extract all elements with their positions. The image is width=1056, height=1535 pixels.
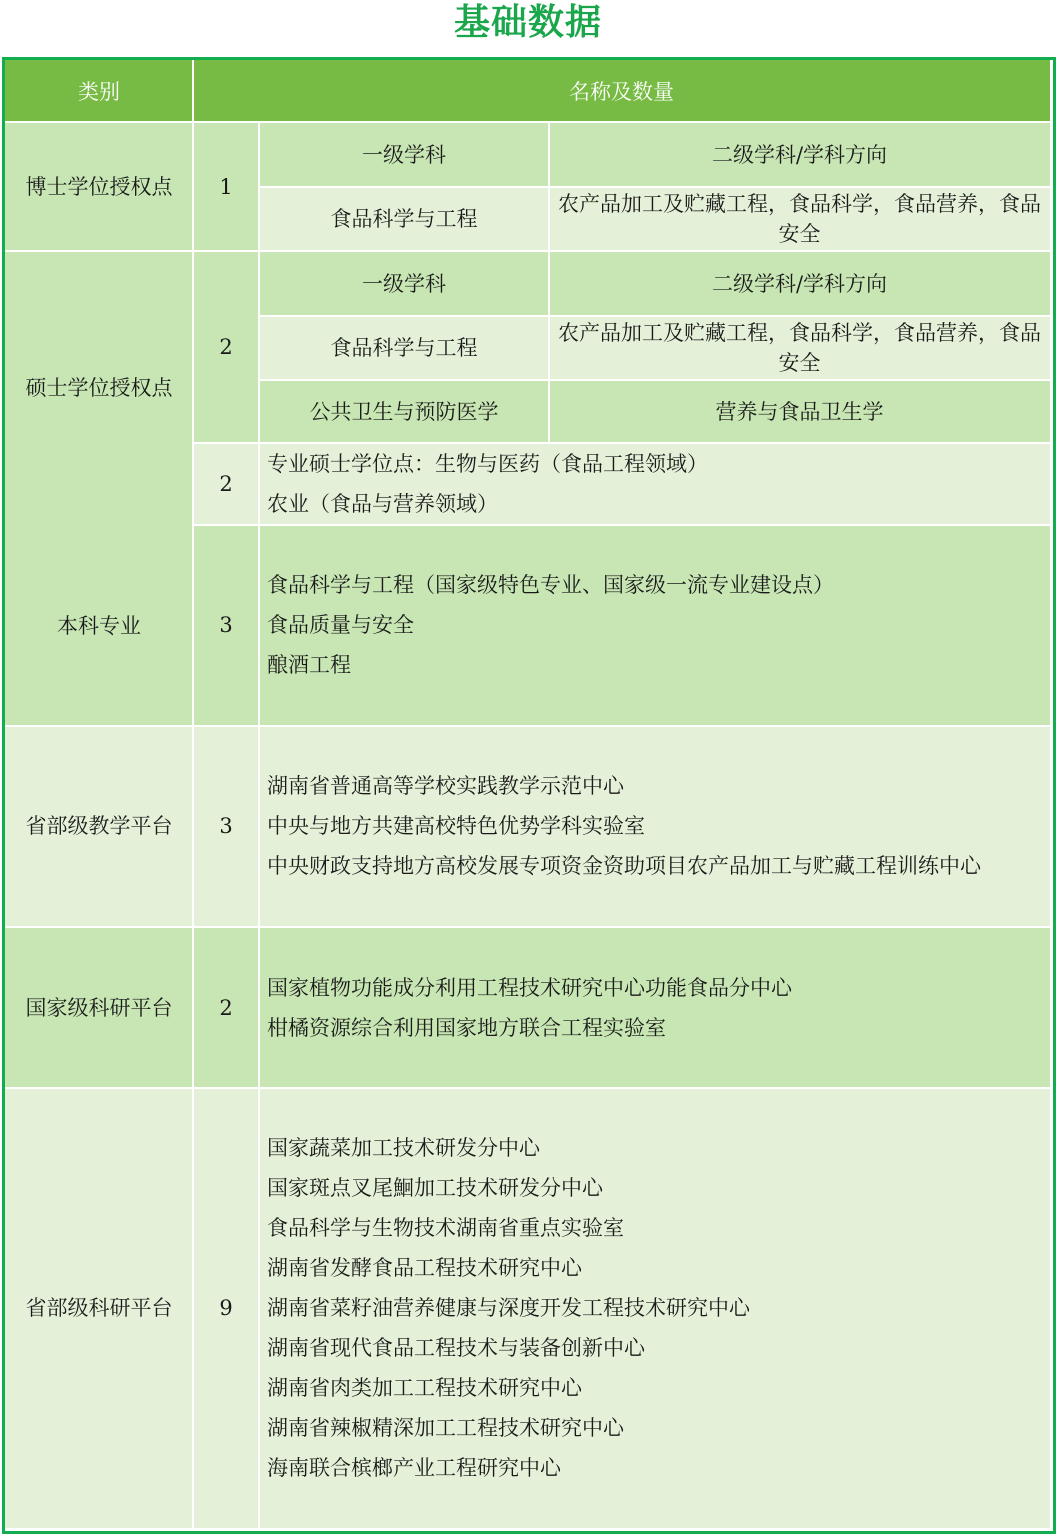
category-provincial-research: 省部级科研平台 xyxy=(5,1088,193,1528)
category-undergrad: 本科专业 xyxy=(5,611,193,641)
column-divider xyxy=(548,122,550,443)
provincial-research-list: 国家蔬菜加工技术研发分中心 国家斑点叉尾鮰加工技术研发分中心 食品科学与生物技术… xyxy=(259,1088,1050,1528)
count-doctoral: 1 xyxy=(193,122,259,251)
teaching-platform-list: 湖南省普通高等学校实践教学示范中心 中央与地方共建高校特色优势学科实验室 中央财… xyxy=(259,725,1050,927)
masters-col1-header: 一级学科 xyxy=(259,251,549,316)
list-item: 湖南省菜籽油营养健康与深度开发工程技术研究中心 xyxy=(267,1288,750,1328)
row-divider xyxy=(193,442,1050,444)
doctoral-col1-header: 一级学科 xyxy=(259,122,549,187)
list-item: 中央与地方共建高校特色优势学科实验室 xyxy=(267,806,645,846)
column-divider xyxy=(258,122,260,1528)
list-item: 湖南省肉类加工工程技术研究中心 xyxy=(267,1368,582,1408)
row-divider xyxy=(5,121,1050,123)
category-label: 国家级科研平台 xyxy=(26,993,173,1023)
page-title: 基础数据 xyxy=(0,0,1056,50)
category-label: 硕士学位授权点 xyxy=(26,373,173,403)
list-item: 农业（食品与营养领域） xyxy=(267,484,498,524)
list-item: 食品科学与生物技术湖南省重点实验室 xyxy=(267,1208,624,1248)
header-category: 类别 xyxy=(5,60,193,122)
list-item: 中央财政支持地方高校发展专项资金资助项目农产品加工与贮藏工程训练中心 xyxy=(267,846,981,886)
category-label: 省部级教学平台 xyxy=(26,811,173,841)
professional-masters-list: 专业硕士学位点：生物与医药（食品工程领域） 农业（食品与营养领域） xyxy=(259,443,1050,525)
list-item: 专业硕士学位点：生物与医药（食品工程领域） xyxy=(267,444,708,484)
row-divider xyxy=(5,1087,1050,1089)
row-divider xyxy=(259,315,1050,317)
doctoral-second-level: 农产品加工及贮藏工程，食品科学，食品营养，食品安全 xyxy=(549,187,1050,251)
list-item: 湖南省现代食品工程技术与装备创新中心 xyxy=(267,1328,645,1368)
category-label: 本科专业 xyxy=(57,611,141,641)
count-national-research: 2 xyxy=(193,927,259,1088)
row-divider xyxy=(259,379,1050,381)
list-item: 湖南省普通高等学校实践教学示范中心 xyxy=(267,766,624,806)
list-item: 食品质量与安全 xyxy=(267,605,414,645)
count-provincial-research: 9 xyxy=(193,1088,259,1528)
category-label: 省部级科研平台 xyxy=(26,1293,173,1323)
list-item: 食品科学与工程（国家级特色专业、国家级一流专业建设点） xyxy=(267,565,834,605)
row-divider xyxy=(5,250,1050,252)
masters-first-level: 公共卫生与预防医学 xyxy=(259,380,549,443)
masters-second-level: 农产品加工及贮藏工程，食品科学，食品营养，食品安全 xyxy=(549,316,1050,380)
column-divider xyxy=(192,60,194,1528)
category-label: 博士学位授权点 xyxy=(26,172,173,202)
list-item: 海南联合槟榔产业工程研究中心 xyxy=(267,1448,561,1488)
doctoral-col2-header: 二级学科/学科方向 xyxy=(549,122,1050,187)
category-masters: 硕士学位授权点 xyxy=(5,373,193,403)
category-teaching-platform: 省部级教学平台 xyxy=(5,725,193,927)
doctoral-first-level: 食品科学与工程 xyxy=(259,187,549,251)
list-item: 柑橘资源综合利用国家地方联合工程实验室 xyxy=(267,1008,666,1048)
row-divider xyxy=(5,926,1050,928)
row-divider xyxy=(5,725,1050,727)
count-undergrad: 3 xyxy=(193,525,259,725)
count-professional-masters: 2 xyxy=(193,443,259,525)
masters-second-level: 营养与食品卫生学 xyxy=(549,380,1050,443)
list-item: 湖南省辣椒精深加工工程技术研究中心 xyxy=(267,1408,624,1448)
category-doctoral: 博士学位授权点 xyxy=(5,122,193,251)
list-item: 酿酒工程 xyxy=(267,645,351,685)
count-teaching-platform: 3 xyxy=(193,725,259,927)
count-masters: 2 xyxy=(193,251,259,443)
category-masters-undergrad-block xyxy=(5,251,193,725)
list-item: 湖南省发酵食品工程技术研究中心 xyxy=(267,1248,582,1288)
masters-col2-header: 二级学科/学科方向 xyxy=(549,251,1050,316)
masters-first-level: 食品科学与工程 xyxy=(259,316,549,380)
list-item: 国家蔬菜加工技术研发分中心 xyxy=(267,1128,540,1168)
national-research-list: 国家植物功能成分利用工程技术研究中心功能食品分中心 柑橘资源综合利用国家地方联合… xyxy=(259,927,1050,1088)
category-national-research: 国家级科研平台 xyxy=(5,927,193,1088)
list-item: 国家斑点叉尾鮰加工技术研发分中心 xyxy=(267,1168,603,1208)
row-divider xyxy=(193,524,1050,526)
row-divider xyxy=(259,186,1050,188)
header-names-and-count: 名称及数量 xyxy=(193,60,1050,122)
undergrad-list: 食品科学与工程（国家级特色专业、国家级一流专业建设点） 食品质量与安全 酿酒工程 xyxy=(259,525,1050,725)
list-item: 国家植物功能成分利用工程技术研究中心功能食品分中心 xyxy=(267,968,792,1008)
